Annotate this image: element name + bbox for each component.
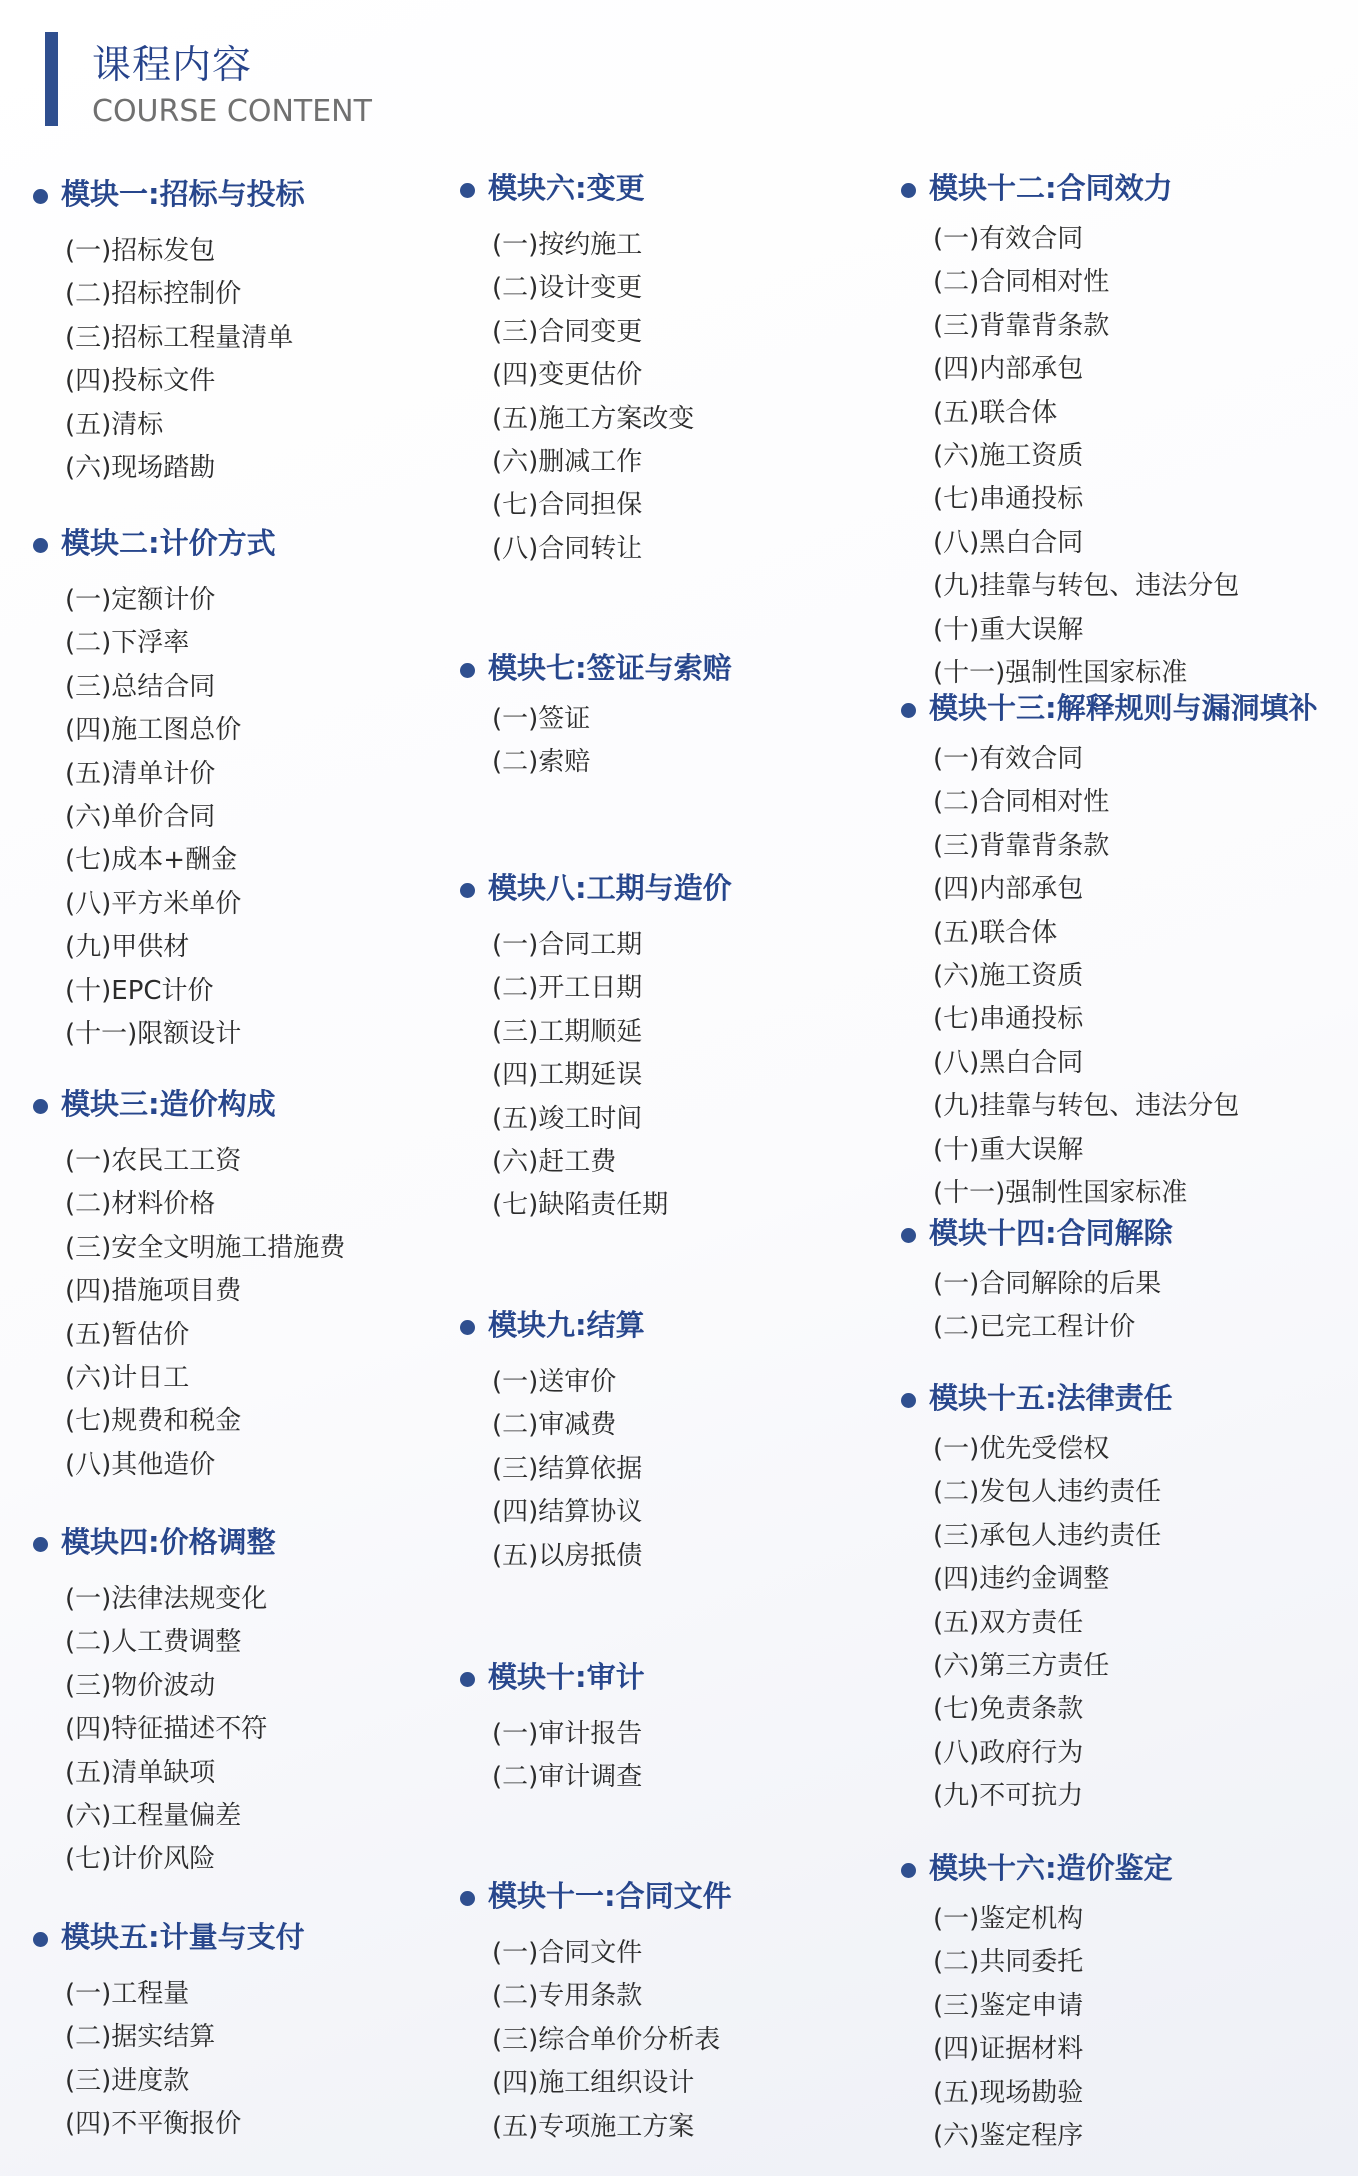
module-item: (四)工期延误: [492, 1054, 668, 1097]
module-item: (三)结算依据: [492, 1448, 642, 1491]
module-item: (十)EPC计价: [65, 970, 241, 1013]
module-item: (九)挂靠与转包、违法分包: [933, 565, 1239, 608]
module-item: (四)投标文件: [65, 360, 293, 403]
module-item: (二)审计调查: [492, 1756, 642, 1799]
module-item: (一)有效合同: [933, 218, 1239, 261]
module-title: 模块七:签证与索赔: [488, 646, 732, 690]
module-item: (二)开工日期: [492, 967, 668, 1010]
module-header: 模块一:招标与投标: [33, 172, 293, 216]
module-item: (二)索赔: [492, 741, 590, 784]
module-item: (三)进度款: [65, 2060, 241, 2103]
module-item: (一)合同文件: [492, 1932, 720, 1975]
module-header: 模块十一:合同文件: [460, 1874, 720, 1918]
module-item: (六)计日工: [65, 1357, 345, 1400]
bullet-dot-icon: [33, 1537, 48, 1552]
module-item: (一)鉴定机构: [933, 1898, 1083, 1941]
module-section: 模块六:变更(一)按约施工(二)设计变更(三)合同变更(四)变更估价(五)施工方…: [460, 166, 694, 571]
module-item: (一)送审价: [492, 1361, 642, 1404]
module-item: (一)签证: [492, 698, 590, 741]
module-item-list: (一)法律法规变化(二)人工费调整(三)物价波动(四)特征描述不符(五)清单缺项…: [33, 1578, 267, 1882]
module-section: 模块四:价格调整(一)法律法规变化(二)人工费调整(三)物价波动(四)特征描述不…: [33, 1520, 267, 1882]
module-item: (四)施工组织设计: [492, 2062, 720, 2105]
bullet-dot-icon: [460, 183, 475, 198]
module-title: 模块六:变更: [488, 166, 645, 210]
bullet-dot-icon: [460, 1320, 475, 1335]
module-item: (十一)强制性国家标准: [933, 1172, 1239, 1215]
module-item-list: (一)优先受偿权(二)发包人违约责任(三)承包人违约责任(四)违约金调整(五)双…: [901, 1428, 1161, 1819]
module-item: (六)鉴定程序: [933, 2115, 1083, 2158]
module-item: (五)以房抵债: [492, 1535, 642, 1578]
module-item: (五)联合体: [933, 392, 1239, 435]
module-item-list: (一)定额计价(二)下浮率(三)总结合同(四)施工图总价(五)清单计价(六)单价…: [33, 579, 241, 1056]
module-header: 模块十:审计: [460, 1655, 642, 1699]
module-item: (五)清单缺项: [65, 1752, 267, 1795]
module-item: (五)竣工时间: [492, 1098, 668, 1141]
module-item: (七)合同担保: [492, 484, 694, 527]
module-item: (六)工程量偏差: [65, 1795, 267, 1838]
module-item: (七)规费和税金: [65, 1400, 345, 1443]
module-item: (七)缺陷责任期: [492, 1184, 668, 1227]
module-item: (四)内部承包: [933, 348, 1239, 391]
bullet-dot-icon: [460, 663, 475, 678]
module-item: (二)下浮率: [65, 622, 241, 665]
module-item: (二)已完工程计价: [933, 1306, 1161, 1349]
module-item: (二)材料价格: [65, 1183, 345, 1226]
module-item: (十)重大误解: [933, 609, 1239, 652]
module-item-list: (一)送审价(二)审减费(三)结算依据(四)结算协议(五)以房抵债: [460, 1361, 642, 1578]
module-item: (二)据实结算: [65, 2016, 241, 2059]
module-item: (四)措施项目费: [65, 1270, 345, 1313]
module-header: 模块九:结算: [460, 1303, 642, 1347]
module-header: 模块十二:合同效力: [901, 166, 1239, 210]
module-section: 模块十二:合同效力(一)有效合同(二)合同相对性(三)背靠背条款(四)内部承包(…: [901, 166, 1239, 695]
module-title: 模块十六:造价鉴定: [929, 1846, 1173, 1890]
title-accent-bar: [45, 32, 58, 126]
module-item: (七)免责条款: [933, 1688, 1161, 1731]
module-item-list: (一)有效合同(二)合同相对性(三)背靠背条款(四)内部承包(五)联合体(六)施…: [901, 738, 1239, 1215]
module-title: 模块十一:合同文件: [488, 1874, 732, 1918]
module-item-list: (一)有效合同(二)合同相对性(三)背靠背条款(四)内部承包(五)联合体(六)施…: [901, 218, 1239, 695]
module-item: (一)按约施工: [492, 224, 694, 267]
bullet-dot-icon: [460, 1891, 475, 1906]
module-item: (五)现场勘验: [933, 2072, 1083, 2115]
module-item: (一)招标发包: [65, 230, 293, 273]
module-item: (三)物价波动: [65, 1665, 267, 1708]
module-item: (九)挂靠与转包、违法分包: [933, 1085, 1239, 1128]
module-item: (六)施工资质: [933, 435, 1239, 478]
module-section: 模块十四:合同解除(一)合同解除的后果(二)已完工程计价: [901, 1211, 1161, 1350]
module-header: 模块六:变更: [460, 166, 694, 210]
module-item: (一)法律法规变化: [65, 1578, 267, 1621]
module-item: (八)平方米单价: [65, 883, 241, 926]
module-section: 模块十六:造价鉴定(一)鉴定机构(二)共同委托(三)鉴定申请(四)证据材料(五)…: [901, 1846, 1083, 2158]
bullet-dot-icon: [460, 883, 475, 898]
module-item: (三)合同变更: [492, 311, 694, 354]
module-header: 模块五:计量与支付: [33, 1915, 241, 1959]
module-item: (三)安全文明施工措施费: [65, 1227, 345, 1270]
module-item: (六)赶工费: [492, 1141, 668, 1184]
bullet-dot-icon: [901, 1863, 916, 1878]
bullet-dot-icon: [33, 189, 48, 204]
module-item: (五)清单计价: [65, 753, 241, 796]
module-section: 模块三:造价构成(一)农民工工资(二)材料价格(三)安全文明施工措施费(四)措施…: [33, 1082, 345, 1487]
module-item: (一)合同工期: [492, 924, 668, 967]
module-item: (二)专用条款: [492, 1975, 720, 2018]
bullet-dot-icon: [33, 538, 48, 553]
module-title: 模块二:计价方式: [61, 521, 276, 565]
module-item: (五)联合体: [933, 912, 1239, 955]
page-subtitle: COURSE CONTENT: [92, 94, 372, 129]
module-item: (五)暂估价: [65, 1314, 345, 1357]
module-header: 模块三:造价构成: [33, 1082, 345, 1126]
module-item: (七)串通投标: [933, 998, 1239, 1041]
module-section: 模块十五:法律责任(一)优先受偿权(二)发包人违约责任(三)承包人违约责任(四)…: [901, 1376, 1161, 1819]
bullet-dot-icon: [901, 183, 916, 198]
module-item: (九)甲供材: [65, 926, 241, 969]
module-item: (四)变更估价: [492, 354, 694, 397]
module-item: (三)背靠背条款: [933, 825, 1239, 868]
module-item: (二)共同委托: [933, 1941, 1083, 1984]
module-item: (一)工程量: [65, 1973, 241, 2016]
module-item: (三)总结合同: [65, 666, 241, 709]
module-title: 模块十三:解释规则与漏洞填补: [929, 686, 1318, 730]
module-section: 模块十一:合同文件(一)合同文件(二)专用条款(三)综合单价分析表(四)施工组织…: [460, 1874, 720, 2149]
module-item: (四)施工图总价: [65, 709, 241, 752]
module-title: 模块十二:合同效力: [929, 166, 1173, 210]
module-header: 模块十六:造价鉴定: [901, 1846, 1083, 1890]
module-item: (七)计价风险: [65, 1838, 267, 1881]
module-title: 模块十五:法律责任: [929, 1376, 1173, 1420]
module-section: 模块十三:解释规则与漏洞填补(一)有效合同(二)合同相对性(三)背靠背条款(四)…: [901, 686, 1239, 1215]
page-title: 课程内容: [92, 34, 252, 90]
module-item: (二)合同相对性: [933, 261, 1239, 304]
bullet-dot-icon: [901, 1228, 916, 1243]
module-item: (七)成本+酬金: [65, 839, 241, 882]
module-title: 模块三:造价构成: [61, 1082, 276, 1126]
module-title: 模块九:结算: [488, 1303, 645, 1347]
module-item-list: (一)合同工期(二)开工日期(三)工期顺延(四)工期延误(五)竣工时间(六)赶工…: [460, 924, 668, 1228]
module-item: (一)农民工工资: [65, 1140, 345, 1183]
module-item: (八)黑白合同: [933, 522, 1239, 565]
module-item: (六)删减工作: [492, 441, 694, 484]
module-section: 模块二:计价方式(一)定额计价(二)下浮率(三)总结合同(四)施工图总价(五)清…: [33, 521, 241, 1056]
module-item: (二)合同相对性: [933, 781, 1239, 824]
module-item: (六)现场踏勘: [65, 447, 293, 490]
module-item: (二)发包人违约责任: [933, 1471, 1161, 1514]
module-header: 模块十四:合同解除: [901, 1211, 1161, 1255]
module-item: (四)不平衡报价: [65, 2103, 241, 2146]
module-item-list: (一)签证(二)索赔: [460, 698, 590, 785]
module-item: (一)审计报告: [492, 1713, 642, 1756]
module-header: 模块十三:解释规则与漏洞填补: [901, 686, 1239, 730]
module-item-list: (一)审计报告(二)审计调查: [460, 1713, 642, 1800]
module-title: 模块八:工期与造价: [488, 866, 732, 910]
module-title: 模块十:审计: [488, 1655, 645, 1699]
module-item: (一)有效合同: [933, 738, 1239, 781]
module-title: 模块四:价格调整: [61, 1520, 276, 1564]
module-item-list: (一)工程量(二)据实结算(三)进度款(四)不平衡报价: [33, 1973, 241, 2147]
module-item: (八)黑白合同: [933, 1042, 1239, 1085]
module-section: 模块九:结算(一)送审价(二)审减费(三)结算依据(四)结算协议(五)以房抵债: [460, 1303, 642, 1578]
module-item: (九)不可抗力: [933, 1775, 1161, 1818]
module-title: 模块五:计量与支付: [61, 1915, 305, 1959]
module-item: (六)施工资质: [933, 955, 1239, 998]
module-item: (二)审减费: [492, 1404, 642, 1447]
module-section: 模块五:计量与支付(一)工程量(二)据实结算(三)进度款(四)不平衡报价: [33, 1915, 241, 2147]
module-section: 模块十:审计(一)审计报告(二)审计调查: [460, 1655, 642, 1800]
module-header: 模块八:工期与造价: [460, 866, 668, 910]
bullet-dot-icon: [460, 1672, 475, 1687]
module-item: (六)单价合同: [65, 796, 241, 839]
module-header: 模块七:签证与索赔: [460, 646, 590, 690]
module-item: (五)清标: [65, 404, 293, 447]
module-item-list: (一)合同解除的后果(二)已完工程计价: [901, 1263, 1161, 1350]
module-item: (一)优先受偿权: [933, 1428, 1161, 1471]
module-item: (三)承包人违约责任: [933, 1515, 1161, 1558]
module-item: (一)合同解除的后果: [933, 1263, 1161, 1306]
module-item: (二)招标控制价: [65, 273, 293, 316]
module-item-list: (一)农民工工资(二)材料价格(三)安全文明施工措施费(四)措施项目费(五)暂估…: [33, 1140, 345, 1487]
module-item: (十)重大误解: [933, 1129, 1239, 1172]
module-item: (五)双方责任: [933, 1602, 1161, 1645]
module-item: (四)特征描述不符: [65, 1708, 267, 1751]
bullet-dot-icon: [33, 1099, 48, 1114]
module-title: 模块十四:合同解除: [929, 1211, 1173, 1255]
module-item: (十一)限额设计: [65, 1013, 241, 1056]
module-header: 模块二:计价方式: [33, 521, 241, 565]
module-title: 模块一:招标与投标: [61, 172, 305, 216]
module-item: (一)定额计价: [65, 579, 241, 622]
module-item: (二)设计变更: [492, 267, 694, 310]
module-item-list: (一)招标发包(二)招标控制价(三)招标工程量清单(四)投标文件(五)清标(六)…: [33, 230, 293, 490]
module-item: (六)第三方责任: [933, 1645, 1161, 1688]
module-item: (七)串通投标: [933, 478, 1239, 521]
bullet-dot-icon: [33, 1932, 48, 1947]
module-item: (三)背靠背条款: [933, 305, 1239, 348]
module-item: (八)其他造价: [65, 1444, 345, 1487]
module-item-list: (一)合同文件(二)专用条款(三)综合单价分析表(四)施工组织设计(五)专项施工…: [460, 1932, 720, 2149]
module-item: (五)专项施工方案: [492, 2106, 720, 2149]
module-item-list: (一)鉴定机构(二)共同委托(三)鉴定申请(四)证据材料(五)现场勘验(六)鉴定…: [901, 1898, 1083, 2158]
module-section: 模块八:工期与造价(一)合同工期(二)开工日期(三)工期顺延(四)工期延误(五)…: [460, 866, 668, 1228]
module-item: (八)政府行为: [933, 1732, 1161, 1775]
module-item: (三)鉴定申请: [933, 1985, 1083, 2028]
module-item: (五)施工方案改变: [492, 398, 694, 441]
module-item: (四)证据材料: [933, 2028, 1083, 2071]
module-item: (四)结算协议: [492, 1491, 642, 1534]
module-item: (四)内部承包: [933, 868, 1239, 911]
module-header: 模块十五:法律责任: [901, 1376, 1161, 1420]
bullet-dot-icon: [901, 1393, 916, 1408]
module-item: (八)合同转让: [492, 528, 694, 571]
module-section: 模块七:签证与索赔(一)签证(二)索赔: [460, 646, 590, 785]
module-header: 模块四:价格调整: [33, 1520, 267, 1564]
module-item: (三)综合单价分析表: [492, 2019, 720, 2062]
module-item: (四)违约金调整: [933, 1558, 1161, 1601]
module-item-list: (一)按约施工(二)设计变更(三)合同变更(四)变更估价(五)施工方案改变(六)…: [460, 224, 694, 571]
module-item: (二)人工费调整: [65, 1621, 267, 1664]
module-item: (三)工期顺延: [492, 1011, 668, 1054]
module-section: 模块一:招标与投标(一)招标发包(二)招标控制价(三)招标工程量清单(四)投标文…: [33, 172, 293, 490]
bullet-dot-icon: [901, 703, 916, 718]
module-item: (三)招标工程量清单: [65, 317, 293, 360]
